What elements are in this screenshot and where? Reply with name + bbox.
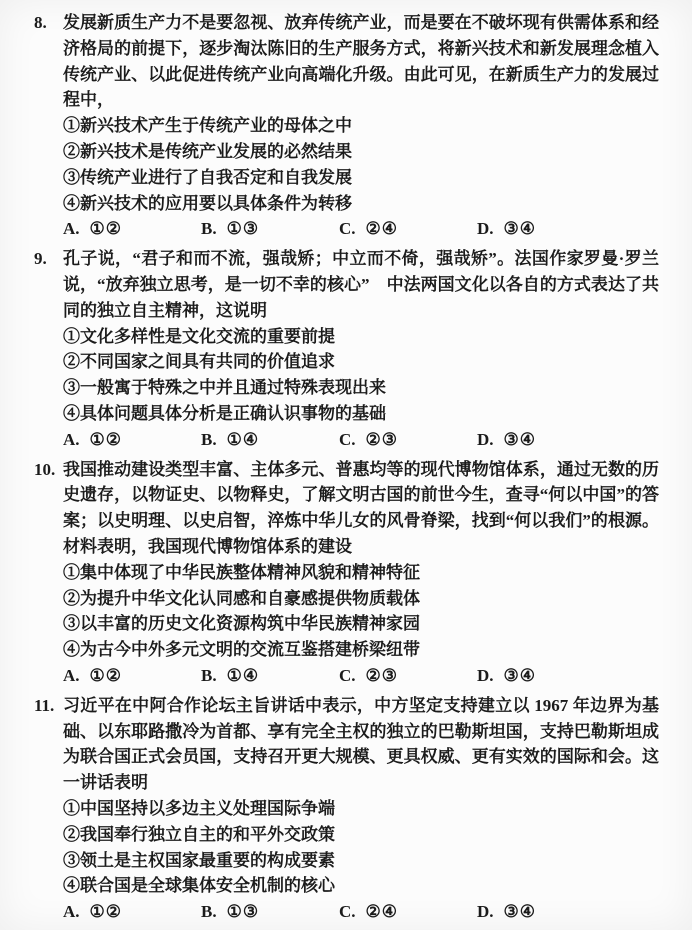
statement-1: ①新兴技术产生于传统产业的母体之中 — [63, 113, 659, 139]
statement-2: ②为提升中华文化认同感和自豪感提供物质载体 — [63, 586, 659, 612]
option-d: D.③④ — [477, 899, 536, 925]
option-c: C.②④ — [339, 899, 477, 925]
statement-4: ④具体问题具体分析是正确认识事物的基础 — [63, 401, 659, 427]
question-number: 10. — [0, 457, 63, 689]
option-label: A. — [63, 666, 80, 685]
option-b: B.①③ — [201, 899, 339, 925]
statement-2: ②新兴技术是传统产业发展的必然结果 — [63, 139, 659, 165]
option-c: C.②③ — [339, 427, 477, 453]
option-value: ①② — [90, 902, 122, 921]
statement-1: ①文化多样性是文化交流的重要前提 — [63, 324, 659, 350]
option-label: A. — [63, 219, 80, 238]
statement-1: ①集中体现了中华民族整体精神风貌和精神特征 — [63, 560, 659, 586]
statement-3: ③以丰富的历史文化资源构筑中华民族精神家园 — [63, 611, 659, 637]
question-body: 我国推动建设类型丰富、主体多元、普惠均等的现代博物馆体系，通过无数的历史遗存，以… — [63, 457, 659, 689]
option-c: C.②④ — [339, 216, 477, 242]
option-label: C. — [339, 219, 356, 238]
option-d: D.③④ — [477, 216, 536, 242]
option-label: B. — [201, 902, 217, 921]
exam-page: 8. 发展新质生产力不是要忽视、放弃传统产业，而是要在不破坏现有供需体系和经济格… — [0, 0, 692, 930]
option-a: A.①② — [63, 663, 201, 689]
option-value: ①④ — [227, 430, 259, 449]
option-label: B. — [201, 666, 217, 685]
statement-4: ④新兴技术的应用要以具体条件为转移 — [63, 191, 659, 217]
statement-1: ①中国坚持以多边主义处理国际争端 — [63, 796, 659, 822]
question-11: 11. 习近平在中阿合作论坛主旨讲话中表示，中方坚定支持建立以 1967 年边界… — [0, 693, 659, 925]
statement-3: ③传统产业进行了自我否定和自我发展 — [63, 165, 659, 191]
options-row: A.①② B.①③ C.②④ D.③④ — [63, 899, 659, 925]
option-d: D.③④ — [477, 663, 536, 689]
option-label: C. — [339, 666, 356, 685]
options-row: A.①② B.①④ C.②③ D.③④ — [63, 427, 659, 453]
option-label: D. — [477, 902, 494, 921]
option-c: C.②③ — [339, 663, 477, 689]
option-a: A.①② — [63, 427, 201, 453]
option-value: ①② — [90, 666, 122, 685]
option-value: ①④ — [227, 666, 259, 685]
options-row: A.①② B.①③ C.②④ D.③④ — [63, 216, 659, 242]
option-b: B.①④ — [201, 663, 339, 689]
option-b: B.①④ — [201, 427, 339, 453]
option-label: D. — [477, 666, 494, 685]
option-value: ①② — [90, 430, 122, 449]
statement-3: ③领土是主权国家最重要的构成要素 — [63, 848, 659, 874]
option-label: C. — [339, 902, 356, 921]
option-value: ③④ — [504, 902, 536, 921]
question-number: 9. — [0, 246, 63, 452]
question-body: 习近平在中阿合作论坛主旨讲话中表示，中方坚定支持建立以 1967 年边界为基础、… — [63, 693, 659, 925]
option-value: ②③ — [366, 666, 398, 685]
option-value: ①③ — [227, 219, 259, 238]
option-label: A. — [63, 430, 80, 449]
option-value: ②④ — [366, 902, 398, 921]
question-10: 10. 我国推动建设类型丰富、主体多元、普惠均等的现代博物馆体系，通过无数的历史… — [0, 457, 659, 689]
statement-2: ②我国奉行独立自主的和平外交政策 — [63, 822, 659, 848]
question-8: 8. 发展新质生产力不是要忽视、放弃传统产业，而是要在不破坏现有供需体系和经济格… — [0, 10, 659, 242]
statement-4: ④联合国是全球集体安全机制的核心 — [63, 873, 659, 899]
option-value: ③④ — [504, 666, 536, 685]
question-number: 8. — [0, 10, 63, 242]
option-value: ①② — [90, 219, 122, 238]
option-value: ③④ — [504, 219, 536, 238]
option-label: D. — [477, 430, 494, 449]
question-9: 9. 孔子说，“君子和而不流，强哉矫；中立而不倚，强哉矫”。法国作家罗曼·罗兰说… — [0, 246, 659, 452]
option-label: B. — [201, 219, 217, 238]
option-label: D. — [477, 219, 494, 238]
question-stem: 我国推动建设类型丰富、主体多元、普惠均等的现代博物馆体系，通过无数的历史遗存，以… — [63, 457, 659, 560]
option-label: A. — [63, 902, 80, 921]
option-label: B. — [201, 430, 217, 449]
question-stem: 习近平在中阿合作论坛主旨讲话中表示，中方坚定支持建立以 1967 年边界为基础、… — [63, 693, 659, 796]
option-b: B.①③ — [201, 216, 339, 242]
question-stem: 发展新质生产力不是要忽视、放弃传统产业，而是要在不破坏现有供需体系和经济格局的前… — [63, 10, 659, 113]
question-body: 孔子说，“君子和而不流，强哉矫；中立而不倚，强哉矫”。法国作家罗曼·罗兰说，“放… — [63, 246, 659, 452]
question-stem: 孔子说，“君子和而不流，强哉矫；中立而不倚，强哉矫”。法国作家罗曼·罗兰说，“放… — [63, 246, 659, 323]
options-row: A.①② B.①④ C.②③ D.③④ — [63, 663, 659, 689]
option-d: D.③④ — [477, 427, 536, 453]
option-value: ①③ — [227, 902, 259, 921]
option-value: ③④ — [504, 430, 536, 449]
question-number: 11. — [0, 693, 63, 925]
option-value: ②④ — [366, 219, 398, 238]
question-body: 发展新质生产力不是要忽视、放弃传统产业，而是要在不破坏现有供需体系和经济格局的前… — [63, 10, 659, 242]
statement-3: ③一般寓于特殊之中并且通过特殊表现出来 — [63, 375, 659, 401]
option-label: C. — [339, 430, 356, 449]
option-a: A.①② — [63, 899, 201, 925]
statement-4: ④为古今中外多元文明的交流互鉴搭建桥梁纽带 — [63, 637, 659, 663]
option-value: ②③ — [366, 430, 398, 449]
option-a: A.①② — [63, 216, 201, 242]
statement-2: ②不同国家之间具有共同的价值追求 — [63, 349, 659, 375]
